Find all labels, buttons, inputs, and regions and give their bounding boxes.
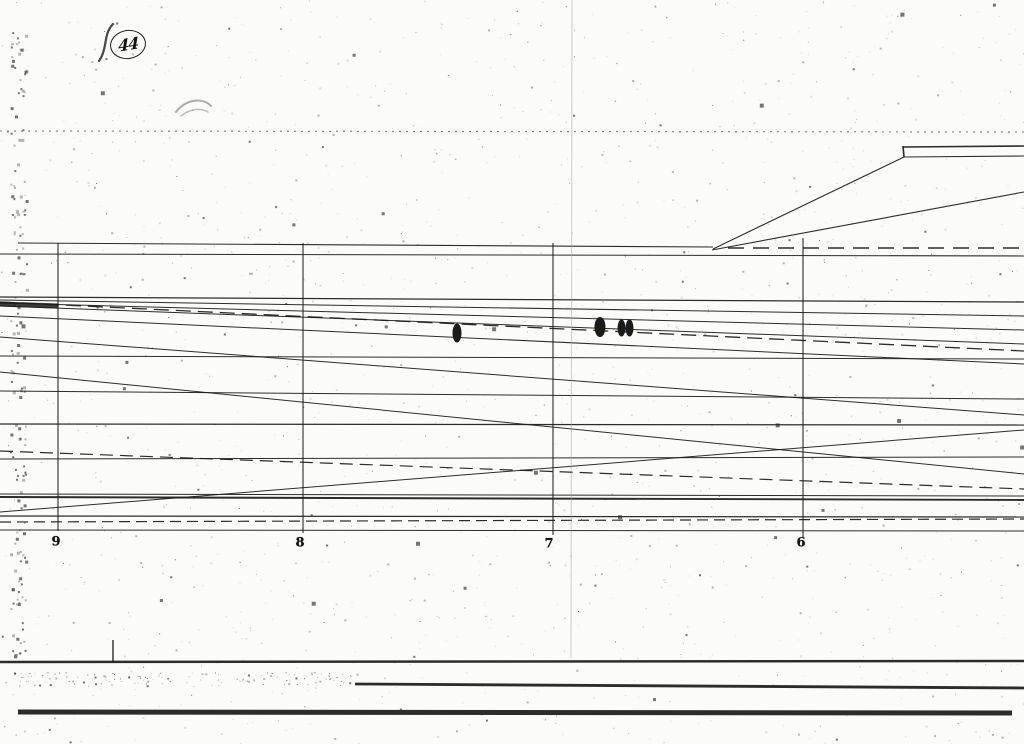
bottom-rule-2 [355,684,1024,688]
station-label-9: 9 [51,535,60,550]
ink-blot-3 [618,320,626,337]
scanned-drawing-page: 44 9 8 7 6 [0,0,1024,744]
level-line [0,424,1024,425]
deck-second-line [904,156,1024,157]
sheer-shallow [712,192,1024,250]
bottom-rule-1 [0,661,1024,662]
waterline [0,306,1024,344]
page-number-text: 44 [118,33,138,55]
level-line [0,391,1024,399]
waterline [0,300,1024,316]
dashed-waterline [0,302,1024,351]
level-line [0,494,1024,496]
waterline [0,297,1024,302]
noise-speckles-light [1,2,1024,744]
fold-crease [571,0,572,658]
faint-top-rule [0,131,1024,132]
station-label-6: 6 [796,536,805,551]
frame-top [18,243,713,247]
ship-lines-plan-drawing [0,0,1024,744]
deck-step [903,146,904,157]
noise-speckles-dark [1,2,1024,744]
station-label-7: 7 [544,537,553,552]
dashed-baseline [0,519,1024,522]
drawing-lines [0,0,1024,713]
smudge-mark [181,109,208,116]
left-ink-cluster [0,304,58,306]
frame-top-2 [0,254,1024,256]
deck-top-line [903,146,1024,147]
ink-blot-1 [453,324,462,343]
level-line [0,530,1024,531]
station-label-8: 8 [295,536,304,551]
bottom-rule-3 [18,712,1012,713]
scan-noise [1,1,1024,744]
level-line [0,516,1024,517]
ink-blot-2 [595,317,606,337]
noise-speckles-mid [2,1,1024,744]
ink-blot-3 [626,320,634,337]
waterline [0,337,1024,415]
sheer-steep [713,157,904,249]
dashed-level [0,451,1024,489]
